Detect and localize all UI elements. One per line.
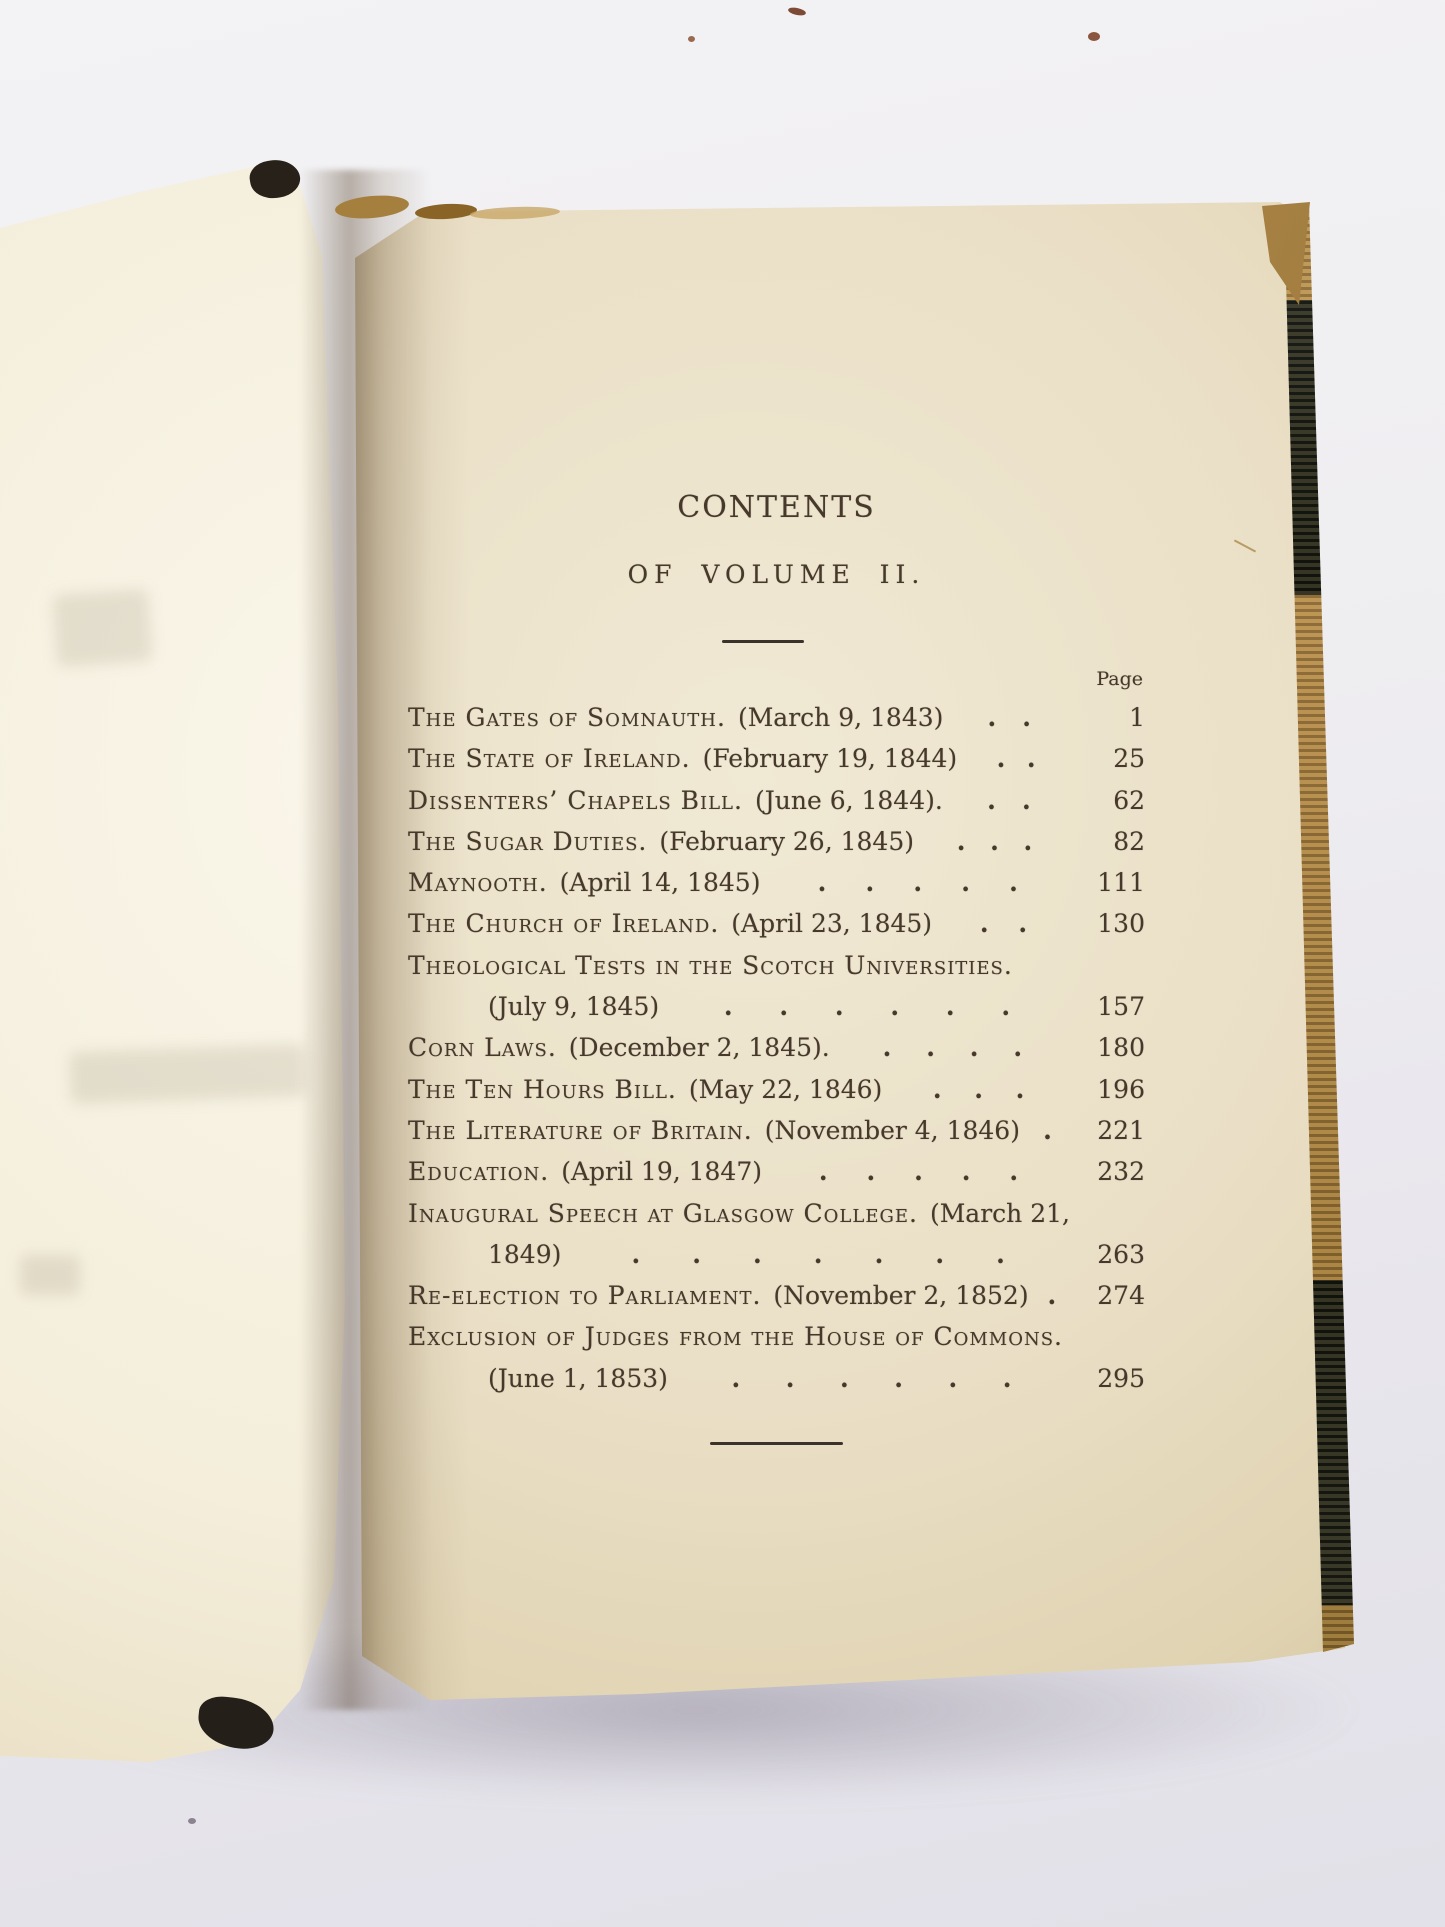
leader-dot: .: [835, 992, 844, 1021]
toc-entry: Inaugural Speech at Glasgow College. (Ma…: [408, 1199, 1145, 1240]
leader-dot: .: [926, 1033, 935, 1062]
toc-page-number: 111: [1075, 868, 1145, 897]
toc-page-number: 180: [1075, 1033, 1145, 1062]
showthrough-ghost: [20, 1255, 80, 1295]
toc-entry: Corn Laws. (December 2, 1845). .... 180: [408, 1033, 1145, 1074]
toc-entry: The Sugar Duties. (February 26, 1845) ..…: [408, 827, 1145, 868]
toc-entry-date: (March 21,: [930, 1199, 1070, 1228]
leader-dot: .: [974, 1075, 983, 1104]
toc-entry-date: 1849): [488, 1240, 561, 1269]
toc-entry-date: (April 14, 1845): [560, 868, 761, 897]
toc-entry-date: (February 19, 1844): [703, 744, 958, 773]
leader-dots: ......: [677, 992, 1057, 1021]
leader-dot: .: [935, 1240, 944, 1269]
toc-entry-title: Inaugural Speech at Glasgow College.: [408, 1199, 918, 1228]
toc-page-number: 82: [1075, 827, 1145, 856]
leader-dots: .....: [778, 868, 1057, 897]
leader-dot: .: [1047, 1281, 1056, 1310]
leader-dots: .......: [579, 1240, 1057, 1269]
page-title: CONTENTS: [408, 490, 1145, 525]
toc-page-number: 196: [1075, 1075, 1145, 1104]
leader-dot: .: [970, 1033, 979, 1062]
toc-entry: The State of Ireland. (February 19, 1844…: [408, 744, 1145, 785]
leader-dot: .: [1009, 868, 1018, 897]
leader-dot: .: [962, 1157, 971, 1186]
toc-entry-title: Re-election to Parliament.: [408, 1281, 761, 1310]
leader-dot: .: [1022, 786, 1031, 815]
printed-content: CONTENTS OF VOLUME II. Page The Gates of…: [408, 0, 1145, 1927]
leader-dots: ....: [848, 1033, 1057, 1062]
leader-dot: .: [1016, 1075, 1025, 1104]
toc-entry: Dissenters’ Chapels Bill. (June 6, 1844)…: [408, 786, 1145, 827]
toc-entry-title: Education.: [408, 1157, 549, 1186]
toc-page-number: 274: [1075, 1281, 1145, 1310]
leader-dots: ..: [961, 703, 1057, 732]
toc-entry: Re-election to Parliament. (November 2, …: [408, 1281, 1145, 1322]
leader-dot: .: [961, 868, 970, 897]
toc-entry: The Ten Hours Bill. (May 22, 1846) ... 1…: [408, 1075, 1145, 1116]
toc-page-number: 130: [1075, 909, 1145, 938]
leader-dot: .: [865, 868, 874, 897]
divider-rule: [722, 640, 804, 643]
leader-dot: .: [1009, 1157, 1018, 1186]
leader-dot: .: [996, 1240, 1005, 1269]
toc-entry-title: The State of Ireland.: [408, 744, 691, 773]
toc-entry-title: Corn Laws.: [408, 1033, 557, 1062]
toc-page-number: 263: [1075, 1240, 1145, 1269]
toc-entry-title: Maynooth.: [408, 868, 548, 897]
toc-entry: Maynooth. (April 14, 1845) ..... 111: [408, 868, 1145, 909]
leader-dot: .: [987, 786, 996, 815]
leader-dot: .: [1024, 827, 1033, 856]
toc-entry: Education. (April 19, 1847) ..... 232: [408, 1157, 1145, 1198]
toc-entry-title: The Church of Ireland.: [408, 909, 719, 938]
dust-speck: [188, 1818, 196, 1824]
toc-entry-date: (February 26, 1845): [659, 827, 914, 856]
leader-dot: .: [753, 1240, 762, 1269]
toc-page-number: 157: [1075, 992, 1145, 1021]
toc-entry: The Gates of Somnauth. (March 9, 1843) .…: [408, 703, 1145, 744]
leader-dot: .: [731, 1364, 740, 1393]
toc-entry-title: Dissenters’ Chapels Bill.: [408, 786, 743, 815]
leader-dot: .: [990, 827, 999, 856]
toc-entry-title: The Sugar Duties.: [408, 827, 647, 856]
end-rule: [710, 1442, 843, 1445]
showthrough-ghost: [69, 1044, 306, 1104]
toc-entry: 1849) ....... 263: [408, 1240, 1145, 1281]
toc-entry-date: (June 6, 1844).: [755, 786, 943, 815]
toc-page-number: 221: [1075, 1116, 1145, 1145]
leader-dot: .: [867, 1157, 876, 1186]
toc-entry: Theological Tests in the Scotch Universi…: [408, 951, 1145, 992]
showthrough-ghost: [53, 589, 153, 667]
toc-entry-date: (April 23, 1845): [731, 909, 932, 938]
leader-dot: .: [933, 1075, 942, 1104]
leader-dot: .: [1027, 744, 1036, 773]
leader-dot: .: [997, 744, 1006, 773]
leader-dots: ..: [975, 744, 1057, 773]
leader-dots: ...: [932, 827, 1057, 856]
toc-page-number: 62: [1075, 786, 1145, 815]
toc-entry: (June 1, 1853) ...... 295: [408, 1364, 1145, 1405]
toc-entry-title: The Ten Hours Bill.: [408, 1075, 677, 1104]
toc-entry-title: The Gates of Somnauth.: [408, 703, 726, 732]
leader-dot: .: [724, 992, 733, 1021]
leader-dots: .....: [780, 1157, 1057, 1186]
leader-dot: .: [631, 1240, 640, 1269]
toc-entry-title: Exclusion of Judges from the House of Co…: [408, 1322, 1063, 1351]
table-of-contents: The Gates of Somnauth. (March 9, 1843) .…: [408, 703, 1145, 1405]
leader-dots: ..: [961, 786, 1057, 815]
leader-dot: .: [819, 1157, 828, 1186]
leader-dot: .: [890, 992, 899, 1021]
leader-dot: .: [987, 703, 996, 732]
leader-dot: .: [779, 992, 788, 1021]
toc-entry: (July 9, 1845) ...... 157: [408, 992, 1145, 1033]
toc-page-number: 295: [1075, 1364, 1145, 1393]
toc-entry-date: (November 4, 1846): [765, 1116, 1020, 1145]
toc-entry-date: (April 19, 1847): [561, 1157, 762, 1186]
leader-dots: ......: [686, 1364, 1057, 1393]
toc-page-number: 232: [1075, 1157, 1145, 1186]
leader-dot: .: [818, 868, 827, 897]
leader-dot: .: [883, 1033, 892, 1062]
leader-dot: .: [894, 1364, 903, 1393]
leader-dot: .: [786, 1364, 795, 1393]
leader-dot: .: [948, 1364, 957, 1393]
toc-page-number: 1: [1075, 703, 1145, 732]
leader-dot: .: [814, 1240, 823, 1269]
toc-entry-date: (November 2, 1852): [773, 1281, 1028, 1310]
leader-dot: .: [946, 992, 955, 1021]
leader-dots: ...: [900, 1075, 1057, 1104]
toc-entry-date: (May 22, 1846): [689, 1075, 882, 1104]
toc-entry: The Church of Ireland. (April 23, 1845) …: [408, 909, 1145, 950]
leader-dots: .: [1047, 1281, 1057, 1310]
page-column-header: Page: [408, 668, 1143, 690]
toc-entry-title: Theological Tests in the Scotch Universi…: [408, 951, 1013, 980]
leader-dot: .: [1013, 1033, 1022, 1062]
leader-dot: .: [1022, 703, 1031, 732]
leader-dot: .: [1001, 992, 1010, 1021]
book-photo: CONTENTS OF VOLUME II. Page The Gates of…: [0, 0, 1445, 1927]
leader-dot: .: [957, 827, 966, 856]
leader-dots: .: [1038, 1116, 1057, 1145]
leader-dot: .: [875, 1240, 884, 1269]
leader-dot: .: [914, 1157, 923, 1186]
toc-entry: The Literature of Britain. (November 4, …: [408, 1116, 1145, 1157]
leader-dots: ..: [950, 909, 1057, 938]
leader-dot: .: [840, 1364, 849, 1393]
toc-entry-date: (March 9, 1843): [738, 703, 943, 732]
toc-entry-date: (July 9, 1845): [488, 992, 659, 1021]
leader-dot: .: [1018, 909, 1027, 938]
leader-dot: .: [692, 1240, 701, 1269]
leader-dot: .: [1043, 1116, 1052, 1145]
leader-dot: .: [1003, 1364, 1012, 1393]
leader-dot: .: [913, 868, 922, 897]
toc-entry-title: The Literature of Britain.: [408, 1116, 753, 1145]
leader-dot: .: [980, 909, 989, 938]
toc-entry-date: (December 2, 1845).: [569, 1033, 830, 1062]
volume-subtitle: OF VOLUME II.: [408, 560, 1145, 589]
toc-entry-date: (June 1, 1853): [488, 1364, 668, 1393]
toc-entry: Exclusion of Judges from the House of Co…: [408, 1322, 1145, 1363]
toc-page-number: 25: [1075, 744, 1145, 773]
